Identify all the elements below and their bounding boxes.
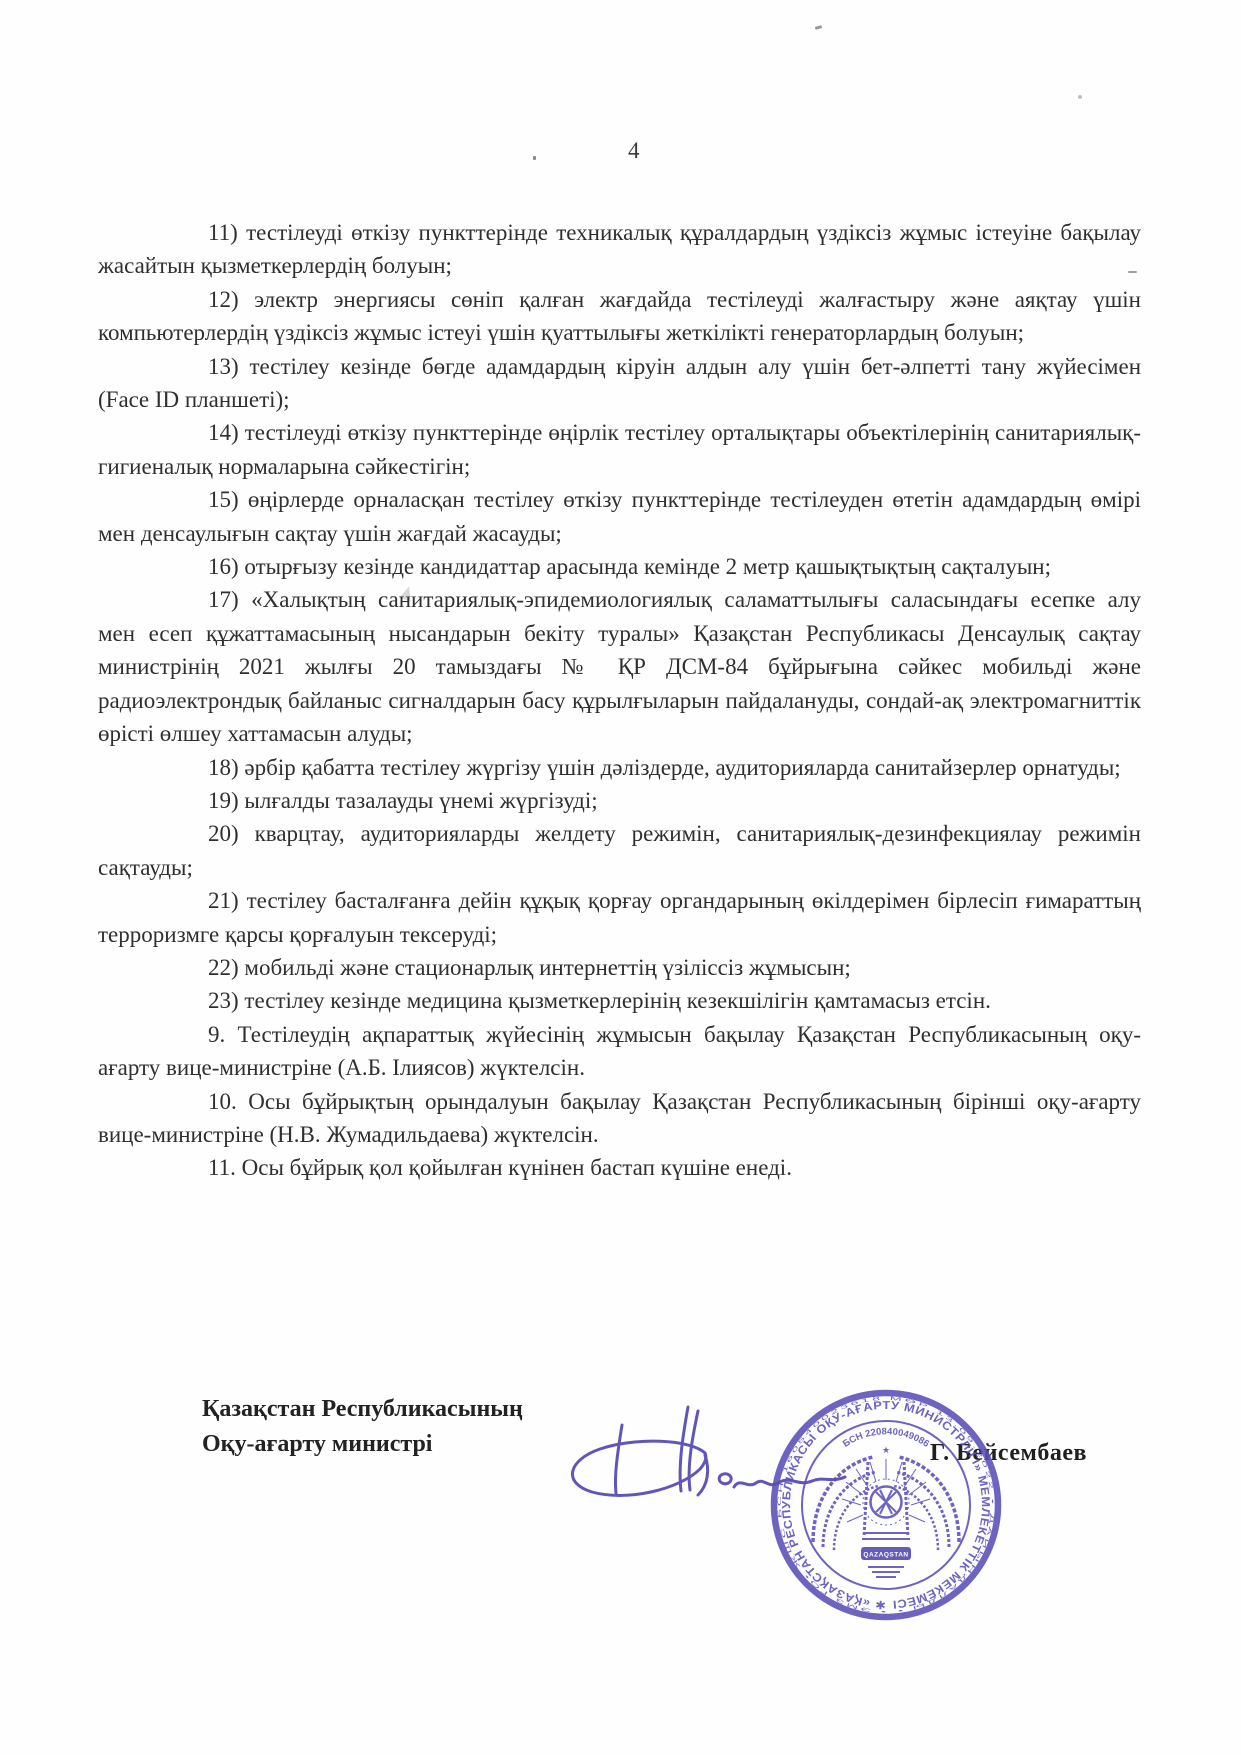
document-page: 4 11) тестілеуді өткізу пункттерінде тех…: [0, 0, 1241, 1755]
document-body: 11) тестілеуді өткізу пункттерінде техни…: [98, 216, 1141, 1185]
body-paragraph: 19) ылғалды тазалауды үнемі жүргізуді;: [98, 784, 1141, 817]
body-paragraph: 16) отырғызу кезінде кандидаттар арасынд…: [98, 550, 1141, 583]
scan-speck: [533, 156, 536, 160]
body-paragraph: 22) мобильді және стационарлық интернетт…: [98, 951, 1141, 984]
wing-ornament-left: [813, 1457, 878, 1550]
page-number: 4: [628, 138, 640, 164]
wing-ornament-right: [894, 1457, 959, 1550]
body-paragraph: 13) тестілеу кезінде бөгде адамдардың кі…: [98, 350, 1141, 417]
star-icon: ★: [882, 1445, 890, 1455]
body-paragraph: 17) «Халықтың санитариялық-эпидемиология…: [98, 583, 1141, 750]
body-paragraph: 11) тестілеуді өткізу пункттерінде техни…: [98, 216, 1141, 283]
body-paragraph: 23) тестілеу кезінде медицина қызметкерл…: [98, 984, 1141, 1017]
body-paragraph: 18) әрбір қабатта тестілеу жүргізу үшін …: [98, 751, 1141, 784]
body-paragraph: 11. Осы бұйрық қол қойылған күнінен баст…: [98, 1151, 1141, 1184]
signatory-title: Қазақстан Республикасының Оқу-ағарту мин…: [202, 1392, 523, 1462]
official-seal: • ЭМЗ ГО• ЖШС БСН 160540023618 МӨР 13.09…: [768, 1387, 1004, 1623]
body-paragraph: 15) өңірлерде орналасқан тестілеу өткізу…: [98, 483, 1141, 550]
body-paragraph: 12) электр энергиясы сөніп қалған жағдай…: [98, 283, 1141, 350]
signature-stroke: [698, 1455, 708, 1495]
signature-stroke: [572, 1441, 705, 1495]
body-paragraph: 20) кварцтау, аудиторияларды желдету реж…: [98, 817, 1141, 884]
body-paragraph: 10. Осы бұйрықтың орындалуын бақылау Қаз…: [98, 1085, 1141, 1152]
emblem-banner-text: QAZAQSTAN: [863, 1552, 908, 1559]
scan-speck: [1078, 95, 1082, 99]
body-paragraph: 21) тестілеу басталғанға дейін құқық қор…: [98, 884, 1141, 951]
body-paragraph: 9. Тестілеудің ақпараттық жүйесінің жұмы…: [98, 1018, 1141, 1085]
signature-stroke: [719, 1474, 731, 1484]
signature-stroke: [615, 1425, 622, 1493]
signatory-title-line2: Оқу-ағарту министрі: [202, 1427, 523, 1462]
body-paragraph: 14) тестілеуді өткізу пункттерінде өңірл…: [98, 416, 1141, 483]
scan-speck: [815, 25, 823, 30]
signatory-title-line1: Қазақстан Республикасының: [202, 1392, 523, 1427]
kazakhstan-emblem: ★: [813, 1445, 959, 1577]
